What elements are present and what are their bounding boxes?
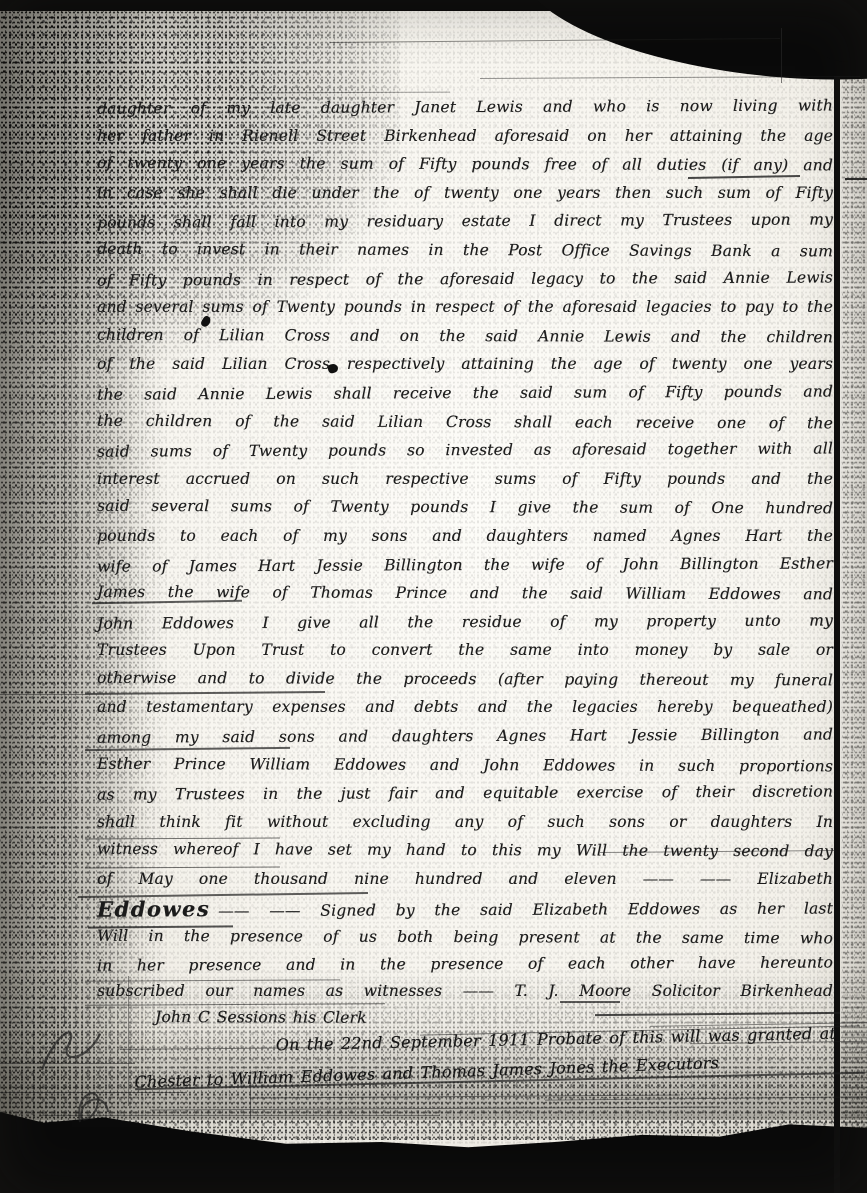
testator-signature-line: Eddowes—— —— Signed by the said Elizabet… bbox=[97, 892, 833, 926]
will-line: as my Trustees in the just fair and equi… bbox=[97, 778, 833, 810]
scan-streak bbox=[845, 178, 867, 180]
document-page: daughter of my late daughter Janet Lewis… bbox=[0, 0, 867, 1193]
will-line: among my said sons and daughters Agnes H… bbox=[97, 720, 833, 752]
will-line: children of Lilian Cross and on the said… bbox=[97, 320, 833, 351]
scan-streak bbox=[0, 694, 85, 695]
will-line: otherwise and to divide the proceeds (af… bbox=[97, 664, 833, 695]
scan-edge-bottom bbox=[0, 1105, 867, 1193]
will-text-block: daughter of my late daughter Janet Lewis… bbox=[97, 93, 833, 1032]
will-line: said sums of Twenty pounds so invested a… bbox=[97, 435, 833, 467]
will-line: of twenty one years the sum of Fifty pou… bbox=[97, 149, 833, 180]
will-line: and testamentary expenses and debts and … bbox=[97, 693, 833, 722]
will-line: the children of the said Lilian Cross sh… bbox=[97, 406, 833, 437]
will-line: the said Annie Lewis shall receive the s… bbox=[97, 377, 833, 409]
will-line: Trustees Upon Trust to convert the same … bbox=[97, 636, 833, 665]
will-line: and several sums of Twenty pounds in res… bbox=[97, 293, 833, 322]
scan-noise-right bbox=[842, 0, 867, 1193]
will-line: wife of James Hart Jessie Billington the… bbox=[97, 549, 833, 581]
will-line: her father in Rienell Street Birkenhead … bbox=[97, 122, 833, 151]
will-line: death to invest in their names in the Po… bbox=[97, 235, 833, 266]
will-line: pounds shall fall into my residuary esta… bbox=[97, 206, 833, 238]
will-line: pounds to each of my sons and daughters … bbox=[97, 522, 833, 551]
ruled-margin-line bbox=[71, 108, 72, 1000]
will-line: James the wife of Thomas Prince and the … bbox=[97, 578, 833, 609]
will-line: of May one thousand nine hundred and ele… bbox=[97, 865, 833, 894]
will-line: John Eddowes I give all the residue of m… bbox=[97, 606, 833, 638]
attestation-opening: —— —— Signed by the said Elizabeth Eddow… bbox=[218, 899, 833, 920]
scan-streak bbox=[150, 1107, 720, 1111]
will-line: of the said Lilian Cross respectively at… bbox=[97, 350, 833, 379]
will-line: daughter of my late daughter Janet Lewis… bbox=[97, 91, 833, 123]
will-line: witness whereof I have set my hand to th… bbox=[97, 835, 833, 866]
will-line: said several sums of Twenty pounds I giv… bbox=[97, 492, 833, 523]
will-line: Esther Prince William Eddowes and John E… bbox=[97, 749, 833, 780]
scan-streak bbox=[0, 1063, 135, 1064]
will-line: in case she shall die under the of twent… bbox=[97, 179, 833, 208]
attestation-line: subscribed our names as witnesses —— T. … bbox=[97, 978, 833, 1005]
testator-surname: Eddowes bbox=[97, 896, 210, 921]
scan-streak bbox=[40, 1115, 440, 1116]
will-line: of Fifty pounds in respect of the afores… bbox=[97, 263, 833, 295]
will-line: shall think fit without excluding any of… bbox=[97, 808, 833, 837]
scan-streak bbox=[250, 1094, 680, 1098]
ruled-margin-line bbox=[64, 35, 65, 1025]
scan-streak bbox=[545, 1096, 867, 1100]
attestation-line: in her presence and in the presence of e… bbox=[97, 950, 833, 980]
attestation-line: Will in the presence of us both being pr… bbox=[97, 923, 833, 953]
will-line: interest accrued on such respective sums… bbox=[97, 465, 833, 494]
